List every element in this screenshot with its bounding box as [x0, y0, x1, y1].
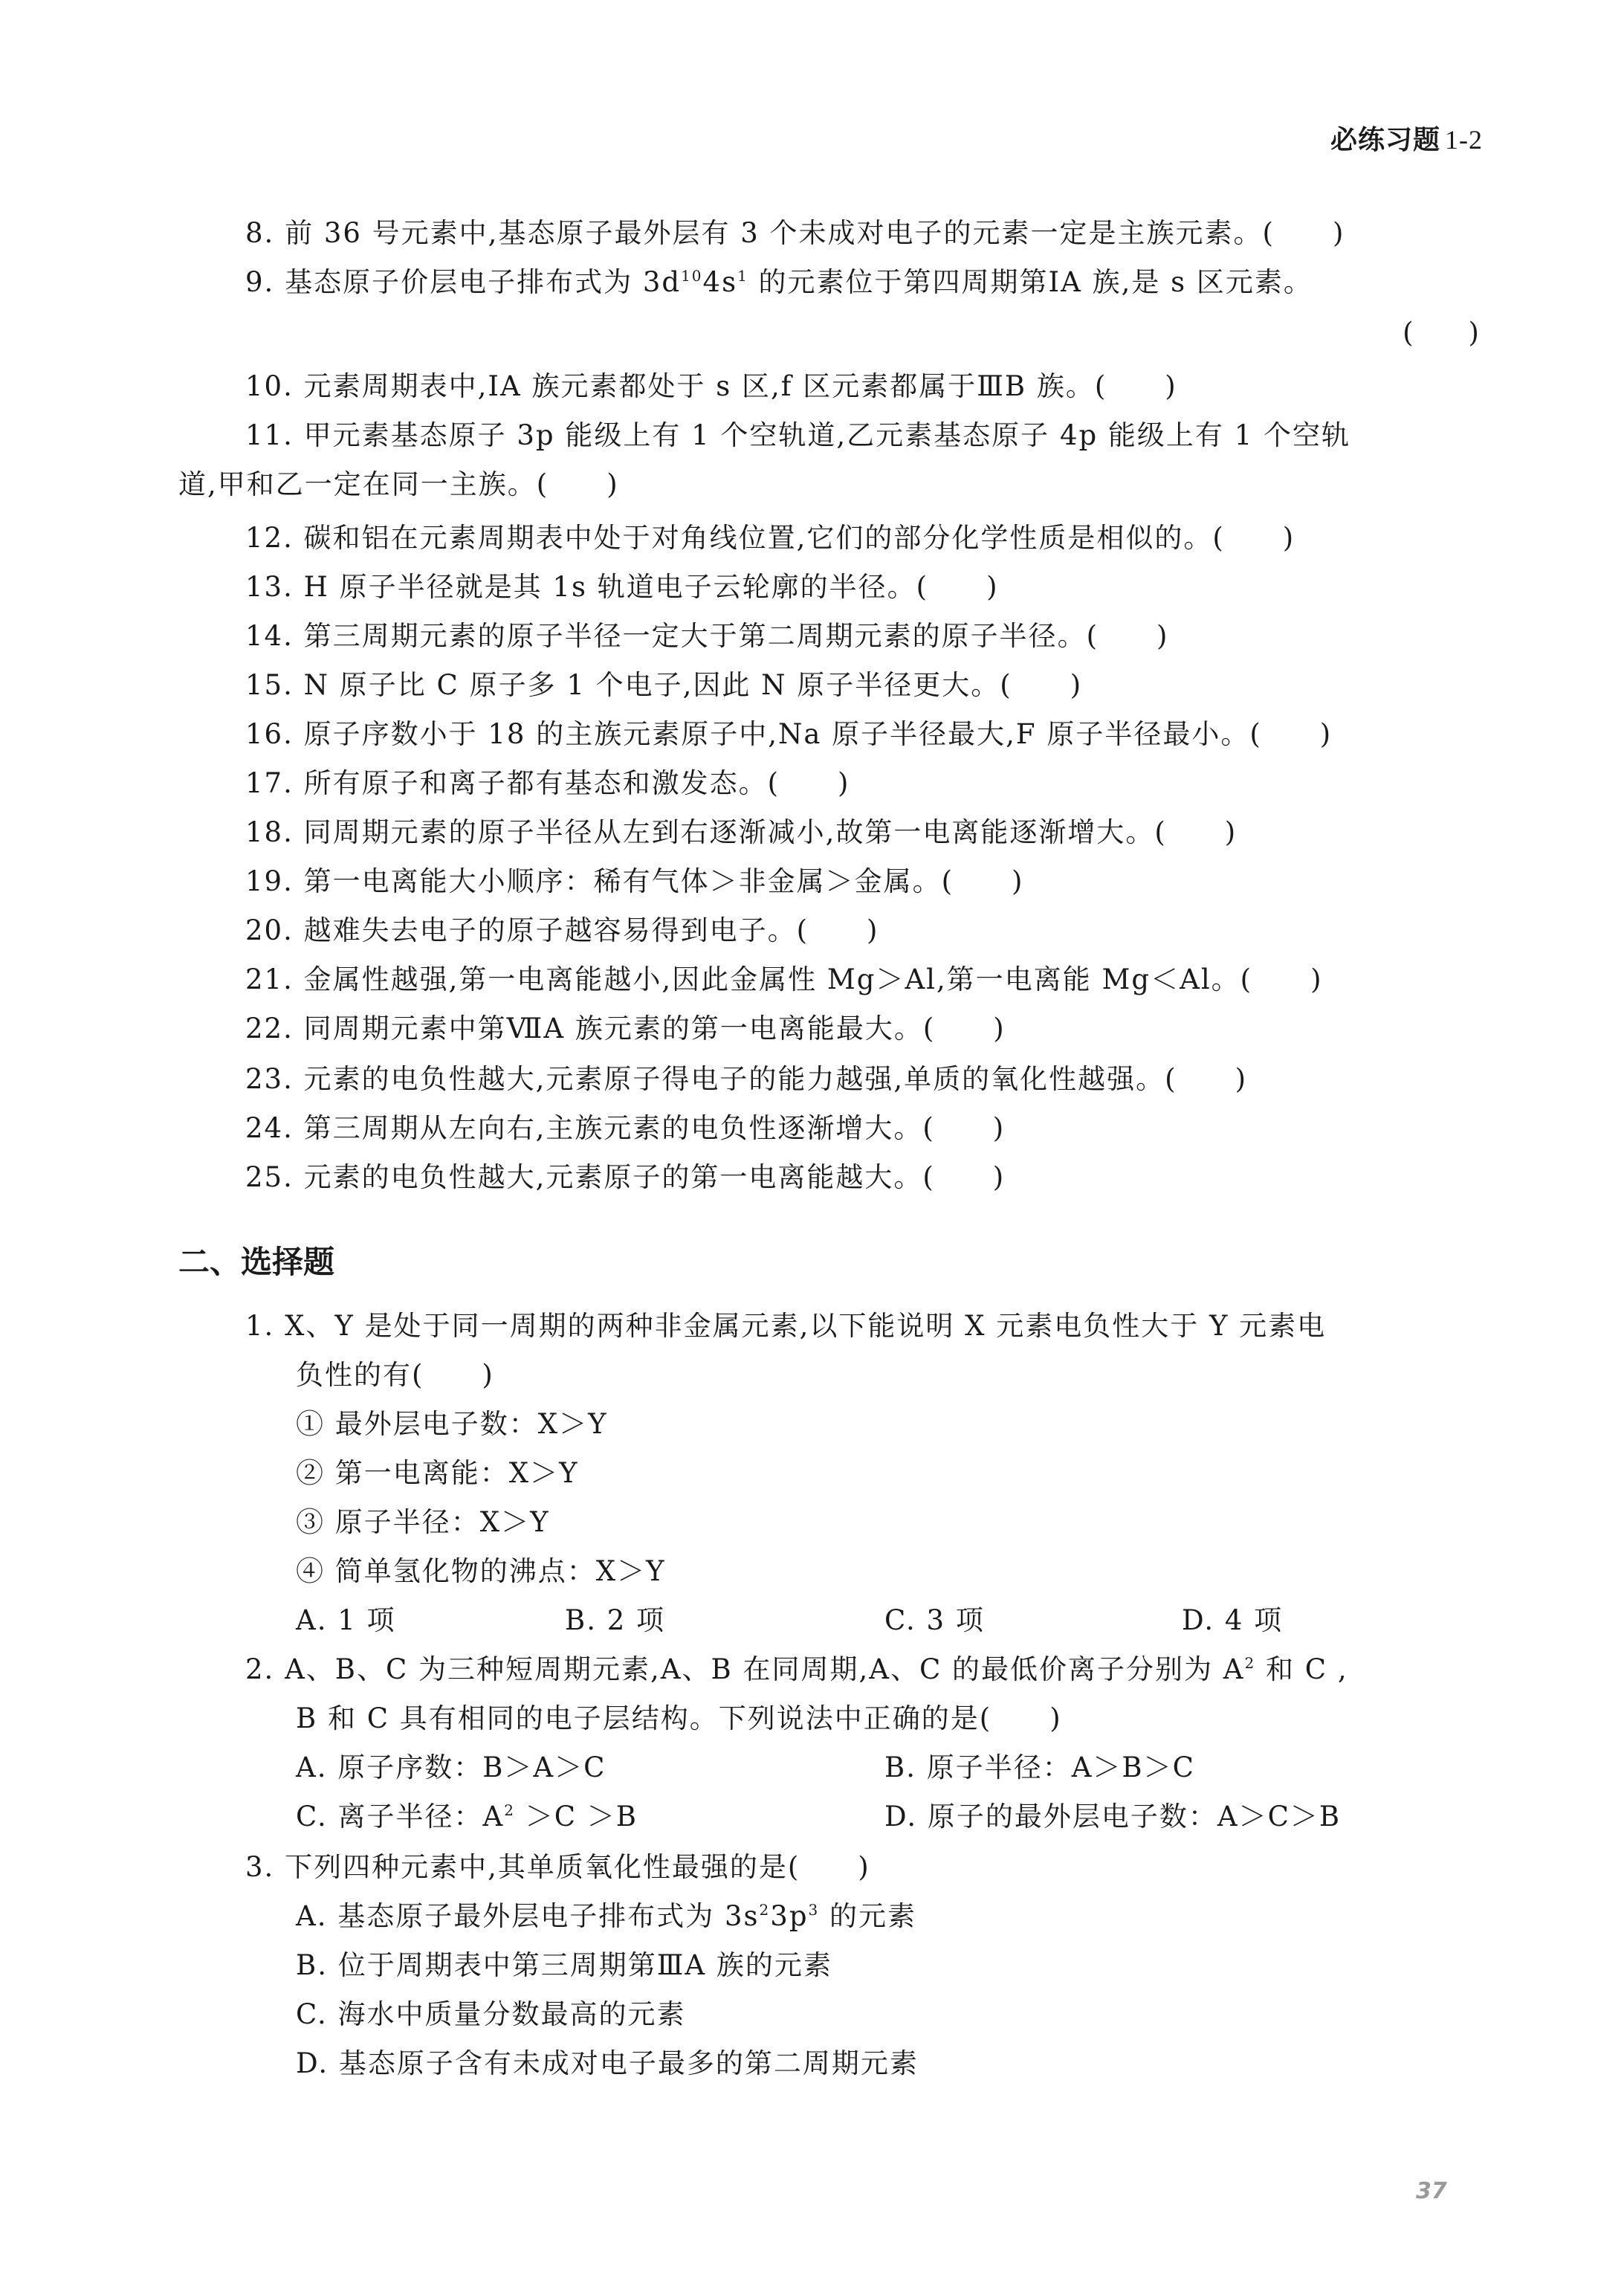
question-number: 12. — [245, 522, 294, 554]
mc3-option-b[interactable]: B. 位于周期表中第三周期第ⅢA 族的元素 — [296, 1948, 832, 1983]
question-11: 11. 甲元素基态原子 3p 能级上有 1 个空轨道,乙元素基态原子 4p 能级… — [245, 418, 1350, 453]
answer-paren-9: ( ) — [1403, 315, 1479, 351]
question-text: A、B、C 为三种短周期元素,A、B 在同周期,A、C 的最低价离子分别为 A — [285, 1653, 1244, 1685]
question-23: 23. 元素的电负性越大,元素原子得电子的能力越强,单质的氧化性越强。( ) — [245, 1062, 1247, 1097]
question-number: 8. — [245, 217, 274, 249]
superscript: 2 — [760, 1901, 771, 1919]
question-text: 元素周期表中,ⅠA 族元素都处于 s 区,f 区元素都属于ⅢB 族。( ) — [304, 370, 1177, 402]
question-number: 19. — [245, 865, 294, 897]
mc1-option-a[interactable]: A. 1 项 — [296, 1603, 396, 1638]
mc-question-2: 2. A、B、C 为三种短周期元素,A、B 在同周期,A、C 的最低价离子分别为… — [245, 1652, 1348, 1688]
mc2-option-b[interactable]: B. 原子半径：A＞B＞C — [884, 1750, 1195, 1786]
header-number: 1-2 — [1445, 125, 1483, 155]
question-text: 第一电离能大小顺序：稀有气体＞非金属＞金属。( ) — [304, 865, 1024, 897]
mc1-item-1: ① 最外层电子数：X＞Y — [296, 1407, 608, 1442]
question-16: 16. 原子序数小于 18 的主族元素原子中,Na 原子半径最大,F 原子半径最… — [245, 717, 1332, 752]
option-text: C. 离子半径：A — [296, 1801, 504, 1832]
question-number: 9. — [245, 266, 274, 298]
question-text: H 原子半径就是其 1s 轨道电子云轮廓的半径。( ) — [304, 571, 999, 603]
question-11-continuation: 道,甲和乙一定在同一主族。( ) — [178, 467, 619, 503]
mc-question-3: 3. 下列四种元素中,其单质氧化性最强的是( ) — [245, 1850, 870, 1885]
mc-question-2-cont: B 和 C 具有相同的电子层结构。下列说法中正确的是( ) — [296, 1701, 1062, 1737]
question-18: 18. 同周期元素的原子半径从左到右逐渐减小,故第一电离能逐渐增大。( ) — [245, 815, 1237, 850]
question-8: 8. 前 36 号元素中,基态原子最外层有 3 个未成对电子的元素一定是主族元素… — [245, 216, 1345, 251]
question-number: 25. — [245, 1161, 294, 1193]
question-12: 12. 碳和铝在元素周期表中处于对角线位置,它们的部分化学性质是相似的。( ) — [245, 520, 1295, 556]
question-number: 16. — [245, 718, 294, 750]
mc2-option-c[interactable]: C. 离子半径：A2 ＞C ＞B — [296, 1799, 638, 1835]
option-text: A. 基态原子最外层电子排布式为 3s — [296, 1900, 760, 1932]
question-number: 15. — [245, 669, 294, 701]
mc2-option-a[interactable]: A. 原子序数：B＞A＞C — [296, 1750, 606, 1786]
question-9: 9. 基态原子价层电子排布式为 3d104s1 的元素位于第四周期第ⅠA 族,是… — [245, 265, 1313, 300]
option-text: 3p — [770, 1900, 808, 1932]
question-text: 原子序数小于 18 的主族元素原子中,Na 原子半径最大,F 原子半径最小。( … — [304, 718, 1333, 750]
mc3-option-c[interactable]: C. 海水中质量分数最高的元素 — [296, 1997, 686, 2032]
option-text: 的元素 — [819, 1900, 916, 1932]
question-number: 2. — [245, 1653, 274, 1685]
question-22: 22. 同周期元素中第ⅦA 族元素的第一电离能最大。( ) — [245, 1011, 1006, 1047]
question-21: 21. 金属性越强,第一电离能越小,因此金属性 Mg＞Al,第一电离能 Mg＜A… — [245, 962, 1323, 998]
mc1-item-4: ④ 简单氢化物的沸点：X＞Y — [296, 1554, 666, 1589]
question-19: 19. 第一电离能大小顺序：稀有气体＞非金属＞金属。( ) — [245, 864, 1023, 900]
mc-question-1-cont: 负性的有( ) — [296, 1357, 494, 1393]
question-number: 17. — [245, 767, 294, 799]
question-text: 同周期元素中第ⅦA 族元素的第一电离能最大。( ) — [304, 1013, 1006, 1044]
page-header: 必练习题1-2 — [1330, 119, 1483, 157]
question-text: X、Y 是处于同一周期的两种非金属元素,以下能说明 X 元素电负性大于 Y 元素… — [285, 1310, 1326, 1342]
question-number: 20. — [245, 914, 294, 946]
question-number: 24. — [245, 1112, 294, 1144]
question-text: 金属性越强,第一电离能越小,因此金属性 Mg＞Al,第一电离能 Mg＜Al。( … — [304, 963, 1323, 995]
question-text: 基态原子价层电子排布式为 3d — [285, 266, 681, 298]
superscript: 2 — [504, 1801, 515, 1819]
question-13: 13. H 原子半径就是其 1s 轨道电子云轮廓的半径。( ) — [245, 569, 999, 605]
question-text: 第三周期从左向右,主族元素的电负性逐渐增大。( ) — [304, 1112, 1006, 1144]
superscript: 2 — [1245, 1654, 1256, 1672]
question-text: 下列四种元素中,其单质氧化性最强的是( ) — [285, 1851, 870, 1883]
mc1-option-d[interactable]: D. 4 项 — [1182, 1603, 1283, 1638]
question-text: 元素的电负性越大,元素原子的第一电离能越大。( ) — [304, 1161, 1006, 1193]
question-text: 甲元素基态原子 3p 能级上有 1 个空轨道,乙元素基态原子 4p 能级上有 1… — [304, 419, 1350, 451]
superscript: 3 — [809, 1901, 820, 1919]
question-text: 的元素位于第四周期第ⅠA 族,是 s 区元素。 — [748, 266, 1313, 298]
mc2-option-d[interactable]: D. 原子的最外层电子数：A＞C＞B — [884, 1799, 1341, 1835]
superscript: 1 — [737, 267, 748, 285]
question-text: 前 36 号元素中,基态原子最外层有 3 个未成对电子的元素一定是主族元素。( … — [285, 217, 1345, 249]
question-20: 20. 越难失去电子的原子越容易得到电子。( ) — [245, 913, 879, 949]
question-text: 和 C , — [1255, 1653, 1348, 1685]
question-text: 碳和铝在元素周期表中处于对角线位置,它们的部分化学性质是相似的。( ) — [304, 522, 1295, 554]
question-number: 23. — [245, 1063, 294, 1095]
question-number: 21. — [245, 963, 294, 995]
option-text: ＞C ＞B — [515, 1801, 638, 1832]
question-number: 11. — [245, 419, 294, 451]
question-24: 24. 第三周期从左向右,主族元素的电负性逐渐增大。( ) — [245, 1111, 1005, 1146]
question-number: 13. — [245, 571, 294, 603]
question-15: 15. N 原子比 C 原子多 1 个电子,因此 N 原子半径更大。( ) — [245, 668, 1082, 703]
question-text: 元素的电负性越大,元素原子得电子的能力越强,单质的氧化性越强。( ) — [304, 1063, 1247, 1095]
question-number: 3. — [245, 1851, 274, 1883]
mc3-option-a[interactable]: A. 基态原子最外层电子排布式为 3s23p3 的元素 — [296, 1899, 916, 1934]
question-number: 10. — [245, 370, 294, 402]
page-number: 37 — [1416, 2178, 1447, 2204]
question-number: 1. — [245, 1310, 274, 1342]
question-14: 14. 第三周期元素的原子半径一定大于第二周期元素的原子半径。( ) — [245, 619, 1168, 654]
mc1-item-2: ② 第一电离能：X＞Y — [296, 1456, 579, 1491]
question-text: N 原子比 C 原子多 1 个电子,因此 N 原子半径更大。( ) — [304, 669, 1083, 701]
question-number: 18. — [245, 816, 294, 848]
mc3-option-d[interactable]: D. 基态原子含有未成对电子最多的第二周期元素 — [296, 2046, 919, 2082]
header-title: 必练习题 — [1330, 125, 1440, 155]
section-title: 二、选择题 — [178, 1241, 334, 1283]
mc1-item-3: ③ 原子半径：X＞Y — [296, 1505, 550, 1540]
mc-question-1: 1. X、Y 是处于同一周期的两种非金属元素,以下能说明 X 元素电负性大于 Y… — [245, 1308, 1326, 1344]
question-number: 14. — [245, 620, 294, 652]
superscript: 10 — [681, 267, 702, 285]
question-10: 10. 元素周期表中,ⅠA 族元素都处于 s 区,f 区元素都属于ⅢB 族。( … — [245, 369, 1177, 404]
question-25: 25. 元素的电负性越大,元素原子的第一电离能越大。( ) — [245, 1160, 1005, 1195]
question-text: 第三周期元素的原子半径一定大于第二周期元素的原子半径。( ) — [304, 620, 1169, 652]
mc1-option-c[interactable]: C. 3 项 — [884, 1603, 985, 1638]
question-number: 22. — [245, 1013, 294, 1044]
question-text: 4s — [703, 266, 738, 298]
mc1-option-b[interactable]: B. 2 项 — [565, 1603, 665, 1638]
question-text: 越难失去电子的原子越容易得到电子。( ) — [304, 914, 879, 946]
question-text: 所有原子和离子都有基态和激发态。( ) — [304, 767, 850, 799]
question-17: 17. 所有原子和离子都有基态和激发态。( ) — [245, 766, 850, 801]
question-text: 同周期元素的原子半径从左到右逐渐减小,故第一电离能逐渐增大。( ) — [304, 816, 1238, 848]
